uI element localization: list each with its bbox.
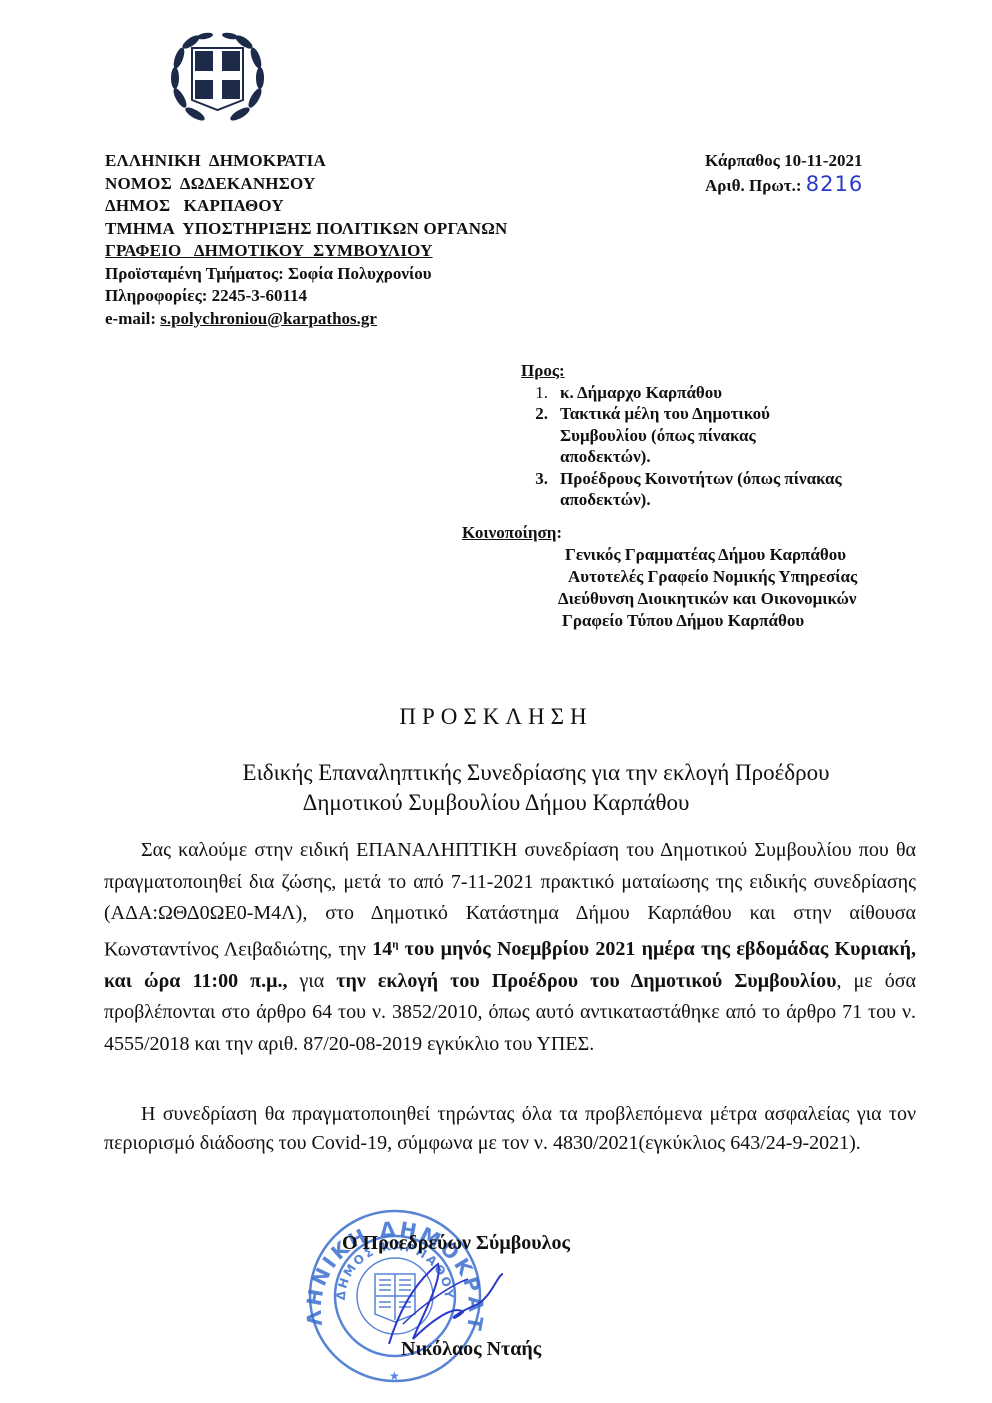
recipients-label: Προς: [521, 360, 900, 382]
recipient-item: 3. Προέδρους Κοινοτήτων (όπως πίνακας απ… [521, 468, 900, 511]
cc-item: Αυτοτελές Γραφείο Νομικής Υπηρεσίας [565, 566, 857, 588]
document-meta: Κάρπαθος 10-11-2021 Αριθ. Πρωτ.: 8216 [705, 150, 863, 197]
covid-paragraph: Η συνεδρίαση θα πραγματοποιηθεί τηρώντας… [104, 1100, 916, 1158]
cc-block: Κοινοποίηση: Γενικός Γραμματέας Δήμου Κα… [462, 522, 857, 632]
document-subtitle: Ειδικής Επαναληπτικής Συνεδρίασης για τη… [0, 758, 992, 818]
paragraph-text: για [287, 970, 336, 992]
cc-label: Κοινοποίηση [462, 523, 556, 542]
recipient-item: 2. Τακτικά μέλη του Δημοτικού Συμβουλίου… [521, 403, 900, 468]
header-line: ΝΟΜΟΣ ΔΩΔΕΚΑΝΗΣΟΥ [105, 173, 508, 196]
signatory-name: Νικόλαος Νταής [401, 1338, 541, 1361]
greek-coat-of-arms-icon [165, 28, 270, 128]
office-name: ΓΡΑΦΕΙΟ ΔΗΜΟΤΙΚΟΥ ΣΥΜΒΟΥΛΙΟΥ [105, 240, 508, 263]
protocol-number: 8216 [806, 172, 863, 196]
recipient-text: Τακτικά μέλη του Δημοτικού Συμβουλίου (ό… [560, 403, 830, 468]
meeting-day: 14 [372, 938, 392, 960]
email-label: e-mail: [105, 309, 160, 328]
cc-item: Γενικός Γραμματέας Δήμου Καρπάθου [565, 544, 857, 566]
recipient-number: 2. [521, 403, 560, 468]
recipient-text: Προέδρους Κοινοτήτων (όπως πίνακας αποδε… [560, 468, 900, 511]
protocol-label: Αριθ. Πρωτ.: [705, 176, 806, 195]
cc-item: Γραφείο Τύπου Δήμου Καρπάθου [562, 610, 857, 632]
header-line: ΔΗΜΟΣ ΚΑΡΠΑΘΟΥ [105, 195, 508, 218]
signatory-role: Ο Προεδρεύων Σύμβουλος [342, 1232, 570, 1255]
email-link[interactable]: s.polychroniou@karpathos.gr [160, 309, 377, 328]
cc-item: Διεύθυνση Διοικητικών και Οικονομικών [558, 588, 857, 610]
header-line: ΤΜΗΜΑ ΥΠΟΣΤΗΡΙΞΗΣ ΠΟΛΙΤΙΚΩΝ ΟΡΓΑΝΩΝ [105, 218, 508, 241]
recipients-block: Προς: 1. κ. Δήμαρχο Καρπάθου 2. Τακτικά … [521, 360, 900, 511]
meeting-purpose: την εκλογή του Προέδρου του Δημοτικού Συ… [336, 970, 836, 992]
recipient-text: κ. Δήμαρχο Καρπάθου [560, 382, 900, 404]
recipient-item: 1. κ. Δήμαρχο Καρπάθου [521, 382, 900, 404]
info-phone: Πληροφορίες: 2245-3-60114 [105, 285, 508, 308]
invitation-paragraph: Σας καλούμε στην ειδική ΕΠΑΝΑΛΗΠΤΙΚΗ συν… [104, 835, 916, 1060]
subtitle-line: Ειδικής Επαναληπτικής Συνεδρίασης για τη… [0, 758, 992, 788]
department-head: Προϊσταμένη Τμήματος: Σοφία Πολυχρονίου [105, 263, 508, 286]
subtitle-line: Δημοτικού Συμβουλίου Δήμου Καρπάθου [0, 788, 992, 818]
svg-text:★: ★ [389, 1369, 400, 1383]
email-line: e-mail: s.polychroniou@karpathos.gr [105, 308, 508, 331]
cc-label-line: Κοινοποίηση: [462, 522, 857, 544]
issuer-header: ΕΛΛΗΝΙΚΗ ΔΗΜΟΚΡΑΤΙΑ ΝΟΜΟΣ ΔΩΔΕΚΑΝΗΣΟΥ ΔΗ… [105, 150, 508, 330]
place-date: Κάρπαθος 10-11-2021 [705, 150, 863, 173]
recipient-number: 1. [521, 382, 560, 404]
header-line: ΕΛΛΗΝΙΚΗ ΔΗΜΟΚΡΑΤΙΑ [105, 150, 508, 173]
document-title: ΠΡΟΣΚΛΗΣΗ [0, 704, 992, 730]
protocol-line: Αριθ. Πρωτ.: 8216 [705, 173, 863, 198]
recipient-number: 3. [521, 468, 560, 511]
